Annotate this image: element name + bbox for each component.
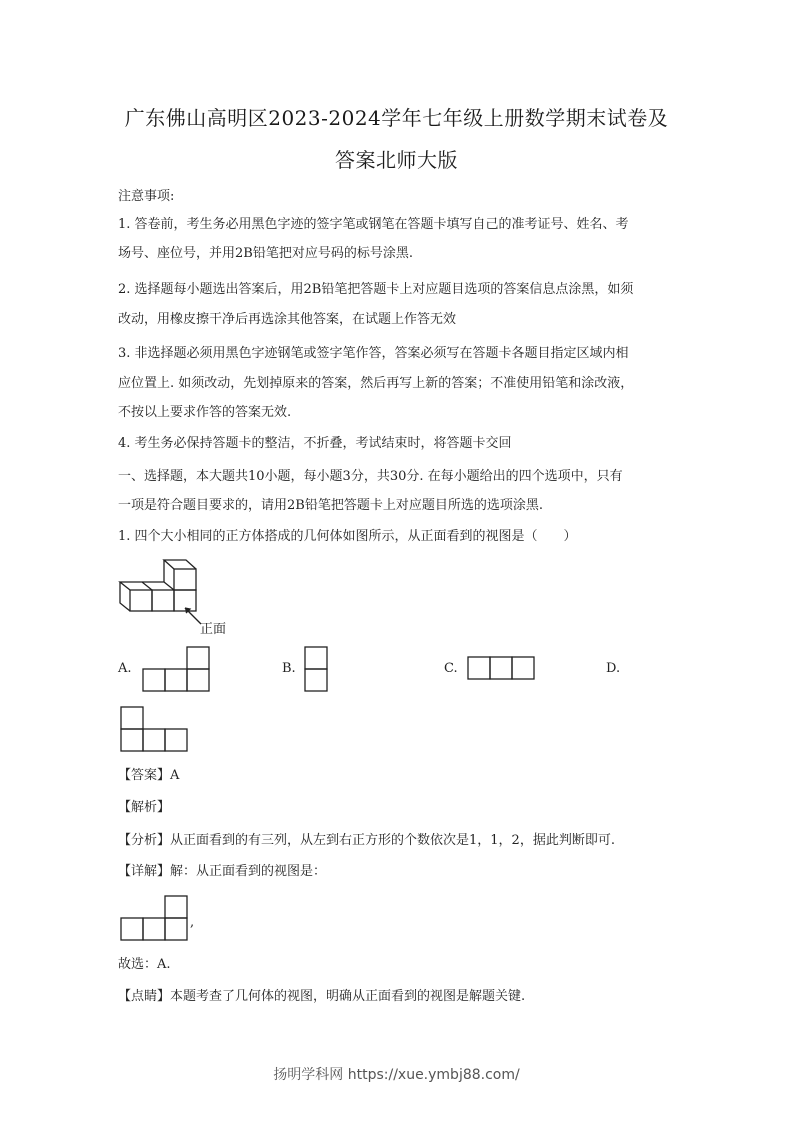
- detail-figure: [120, 895, 190, 941]
- option-c-label: C.: [444, 662, 458, 676]
- notice-line: 不按以上要求作答的答案无效.: [118, 406, 291, 420]
- analysis-line: 【分析】从正面看到的有三列，从左到右正方形的个数依次是1，1，2，据此判断即可.: [118, 834, 615, 848]
- section-instruction: 一、选择题，本大题共10小题，每小题3分，共30分. 在每小题给出的四个选项中，…: [118, 470, 623, 484]
- notice-line: 场号、座位号，并用2B铅笔把对应号码的标号涂黑.: [118, 247, 413, 261]
- notice-line: 应位置上. 如须改动，先划掉原来的答案，然后再写上新的答案；不准使用铅笔和涂改液…: [118, 377, 633, 391]
- notice-line: 1. 答卷前，考生务必用黑色字迹的签字笔或钢笔在答题卡填写自己的准考证号、姓名、…: [118, 218, 629, 232]
- comment-line: 【点睛】本题考查了几何体的视图，明确从正面看到的视图是解题关键.: [118, 990, 525, 1004]
- notice-heading: 注意事项:: [118, 190, 174, 204]
- option-b-label: B.: [282, 662, 296, 676]
- front-view-label: 正面: [200, 618, 226, 637]
- document-title-line-2: 答案北师大版: [0, 150, 793, 170]
- option-a-figure: [142, 646, 212, 692]
- detail-comma: ,: [190, 916, 194, 930]
- option-b-figure: [304, 646, 330, 692]
- notice-line: 2. 选择题每小题选出答案后，用2B铅笔把答题卡上对应题目选项的答案信息点涂黑，…: [118, 283, 633, 297]
- notice-line: 3. 非选择题必须用黑色字迹钢笔或签字笔作答，答案必须写在答题卡各题目指定区域内…: [118, 347, 629, 361]
- notice-line: 改动，用橡皮擦干净后再选涂其他答案，在试题上作答无效: [118, 313, 456, 327]
- analysis-heading: 【解析】: [118, 801, 170, 815]
- cube-solid-figure: 正面: [118, 558, 238, 634]
- option-c-figure: [467, 656, 537, 680]
- detail-line: 【详解】解：从正面看到的视图是：: [118, 865, 326, 879]
- section-instruction: 一项是符合题目要求的，请用2B铅笔把答题卡上对应题目所选的选项涂黑.: [118, 499, 543, 513]
- option-d-label: D.: [606, 662, 620, 676]
- notice-line: 4. 考生务必保持答题卡的整洁，不折叠，考试结束时，将答题卡交回: [118, 437, 512, 451]
- footer-watermark: 扬明学科网 https://xue.ymbj88.com/: [0, 1064, 793, 1084]
- option-d-figure: [120, 706, 190, 752]
- document-title-line-1: 广东佛山高明区2023-2024学年七年级上册数学期末试卷及: [0, 108, 793, 128]
- answer-line: 【答案】A: [118, 769, 179, 783]
- option-a-label: A.: [118, 662, 132, 676]
- conclusion-line: 故选：A.: [118, 958, 171, 972]
- question-stem: 1. 四个大小相同的正方体搭成的几何体如图所示，从正面看到的视图是（ ）: [118, 530, 577, 544]
